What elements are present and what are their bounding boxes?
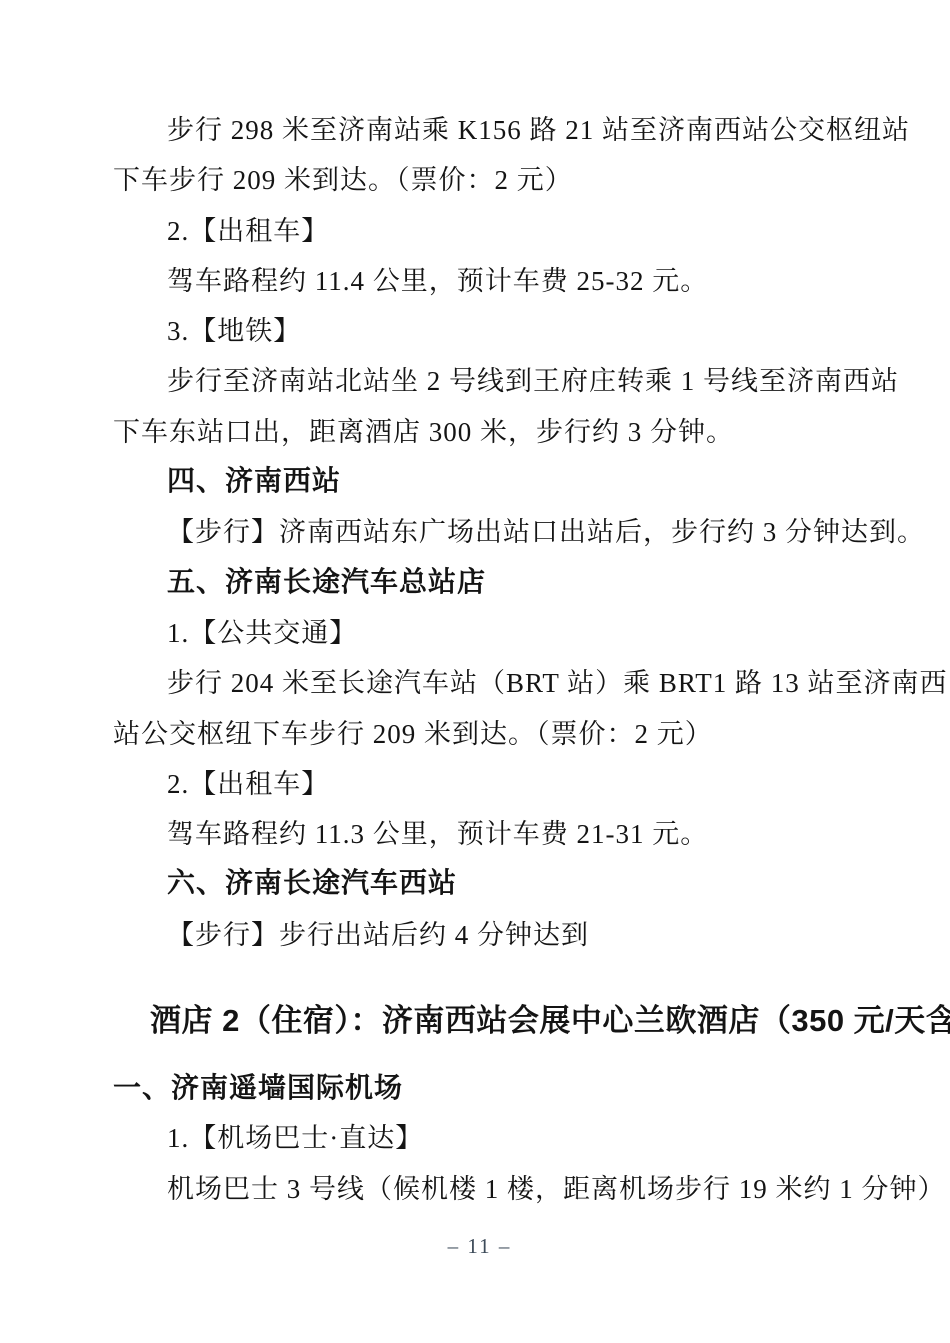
- paragraph-line: 机场巴士 3 号线（候机楼 1 楼，距离机场步行 19 米约 1 分钟）: [113, 1164, 846, 1214]
- list-item-label: 1.【机场巴士·直达】: [113, 1113, 846, 1163]
- document-content: 步行 298 米至济南站乘 K156 路 21 站至济南西站公交枢纽站 下车步行…: [113, 105, 846, 1260]
- paragraph-line: 步行 298 米至济南站乘 K156 路 21 站至济南西站公交枢纽站: [113, 105, 846, 155]
- section-heading: 六、济南长途汽车西站: [113, 859, 846, 909]
- section-heading: 四、济南西站: [113, 457, 846, 507]
- section-heading: 一、济南遥墙国际机场: [113, 1063, 846, 1113]
- paragraph-line: 【步行】步行出站后约 4 分钟达到: [113, 910, 846, 960]
- list-item-label: 2.【出租车】: [113, 759, 846, 809]
- paragraph-line: 步行 204 米至长途汽车站（BRT 站）乘 BRT1 路 13 站至济南西: [113, 658, 846, 708]
- paragraph-line: 站公交枢纽下车步行 209 米到达。（票价：2 元）: [113, 709, 846, 759]
- paragraph-line: 步行至济南站北站坐 2 号线到王府庄转乘 1 号线至济南西站: [113, 356, 846, 406]
- paragraph-line: 【步行】济南西站东广场出站口出站后，步行约 3 分钟达到。: [113, 507, 846, 557]
- list-item-label: 2.【出租车】: [113, 206, 846, 256]
- list-item-label: 3.【地铁】: [113, 306, 846, 356]
- paragraph-line: 下车东站口出，距离酒店 300 米，步行约 3 分钟。: [113, 407, 846, 457]
- paragraph-line: 驾车路程约 11.4 公里，预计车费 25-32 元。: [113, 256, 846, 306]
- paragraph-line: 下车步行 209 米到达。（票价：2 元）: [113, 155, 846, 205]
- page-number: – 11 –: [113, 1232, 846, 1260]
- hotel-title: 酒店 2（住宿）：济南西站会展中心兰欧酒店（350 元/天含早）: [113, 993, 846, 1049]
- section-heading: 五、济南长途汽车总站店: [113, 558, 846, 608]
- document-page: 步行 298 米至济南站乘 K156 路 21 站至济南西站公交枢纽站 下车步行…: [0, 0, 950, 1343]
- paragraph-line: 驾车路程约 11.3 公里，预计车费 21-31 元。: [113, 809, 846, 859]
- list-item-label: 1.【公共交通】: [113, 608, 846, 658]
